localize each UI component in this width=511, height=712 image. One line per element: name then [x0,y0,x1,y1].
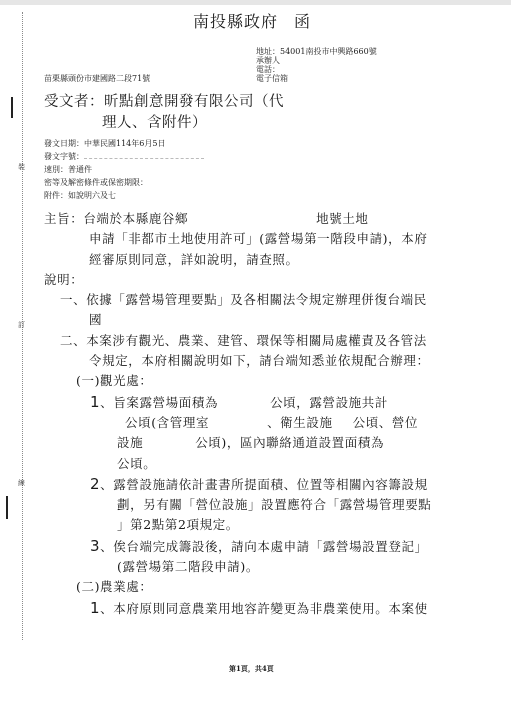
recipient-address: 苗栗縣頭份市建國路二段71號 [44,73,150,84]
subject-line-1: 主旨：台端於本縣鹿谷鄉地號土地 [44,209,431,229]
redacted-number [84,152,204,159]
subject-line-2: 申請「非都市土地使用許可」(露營場第一階段申請)，本府 [44,229,431,249]
subject-label: 主旨： [44,211,83,226]
top-border [0,0,511,5]
item-1-line-1: 一、依據「露營場管理要點」及各相關法令規定辦理併復台端民 [44,290,431,310]
item-1-line-2: 國 [44,310,431,330]
secrecy: 密等及解密條件或保密期限： [44,176,204,189]
point-text: 俟台端完成籌設後，請向本處申請「露營場設置登記」 [113,539,427,554]
item-marker: 一、 [60,292,86,307]
margin-bar [6,496,8,519]
point-text: 公頃)，區內聯絡通道設置面積為 [195,435,384,450]
tourism-point-3-line-2: (露營場第二階段申請)。 [44,557,431,577]
item-2-line-1: 二、本案涉有觀光、農業、建管、環保等相關局處權責及各管法 [44,331,431,351]
tourism-point-2-line-3: 」第2點第2項規定。 [44,515,431,535]
point-text: 本府原則同意農業用地容許變更為非農業使用。本案使 [113,601,427,616]
point-sep: 、 [100,477,113,492]
item-2-line-2: 令規定，本府相關說明如下，請台端知悉並依規配合辦理： [44,351,431,371]
point-text: 露營設施請依計畫書所提面積、位置等相關內容籌設規 [113,477,427,492]
page-footer: 第1頁，共4頁 [229,664,274,674]
doc-number: 發文字號： [44,152,84,161]
item-text: 依據「露營場管理要點」及各相關法令規定辦理併復台端民 [86,292,427,307]
tourism-point-1-line-2: 公頃(含管理室、衛生設施公頃、營位 [44,413,431,433]
subject-text: 台端於本縣鹿谷鄉 [83,211,188,226]
point-text: 公頃，露營設施共計 [270,395,388,410]
tourism-point-2-line-2: 劃，另有關「營位設施」設置應符合「露營場管理要點 [44,495,431,515]
item-text: 本案涉有觀光、農業、建管、環保等相關局處權責及各管法 [86,333,427,348]
tourism-point-1-line-4: 公頃。 [44,454,431,474]
agriculture-point-1-line-1: 1、本府原則同意農業用地容許變更為非農業使用。本案使 [44,598,431,619]
sender-handler: 承辦人 [256,56,377,65]
sender-email: 電子信箱 [256,74,377,83]
subject-line-3: 經審原則同意，詳如說明，請查照。 [44,250,431,270]
tourism-point-2-line-1: 2、露營設施請依計畫書所提面積、位置等相關內容籌設規 [44,474,431,495]
point-text: 設施 [117,435,143,450]
point-text: 公頃(含管理室 [125,415,209,430]
point-text: 公頃、營位 [353,415,419,430]
document-meta: 發文日期：中華民國114年6月5日 發文字號： 速別：普通件 密等及解密條件或保… [44,137,204,202]
recipient: 受文者：昕點創意開發有限公司（代 理人、含附件） [44,92,284,134]
issue-date: 發文日期：中華民國114年6月5日 [44,137,204,150]
section-agriculture-heading: (二)農業處： [44,577,431,597]
point-sep: 、 [100,601,113,616]
recipient-line-1: 受文者：昕點創意開發有限公司（代 [44,92,284,113]
tourism-point-1-line-3: 設施公頃)，區內聯絡通道設置面積為 [44,433,431,453]
document-type: 函 [294,12,311,31]
tourism-point-3-line-1: 3、俟台端完成籌設後，請向本處申請「露營場設置登記」 [44,536,431,557]
sender-info: 地址：54001南投市中興路660號 承辦人 電話： 電子信箱 [256,47,377,83]
point-text: 旨案露營場面積為 [113,395,218,410]
point-text: 、衛生設施 [267,415,333,430]
doc-number-row: 發文字號： [44,150,204,163]
tourism-point-1-line-1: 1、旨案露營場面積為公頃，露營設施共計 [44,392,431,413]
document-body: 主旨：台端於本縣鹿谷鄉地號土地 申請「非都市土地使用許可」(露營場第一階段申請)… [44,209,431,619]
point-number: 2 [90,475,100,493]
speed: 速別：普通件 [44,163,204,176]
margin-mark-zhuang: 裝 [18,162,25,172]
explanation-label: 說明： [44,270,431,290]
agency-name: 南投縣政府 [193,12,278,31]
point-sep: 、 [100,539,113,554]
attachment: 附件：如說明六及七 [44,189,204,202]
margin-mark-ding: 訂 [18,320,25,330]
subject-text: 地號土地 [316,211,368,226]
margin-mark-xian: 線 [18,478,25,488]
section-tourism-heading: (一)觀光處： [44,371,431,391]
point-number: 3 [90,537,100,555]
point-number: 1 [90,393,100,411]
point-sep: 、 [100,395,113,410]
recipient-line-2: 理人、含附件） [44,113,284,134]
item-marker: 二、 [60,333,86,348]
point-number: 1 [90,599,100,617]
sender-address: 地址：54001南投市中興路660號 [256,47,377,56]
document-title: 南投縣政府函 [193,9,311,32]
margin-bar [11,97,13,118]
sender-phone: 電話： [256,65,377,74]
